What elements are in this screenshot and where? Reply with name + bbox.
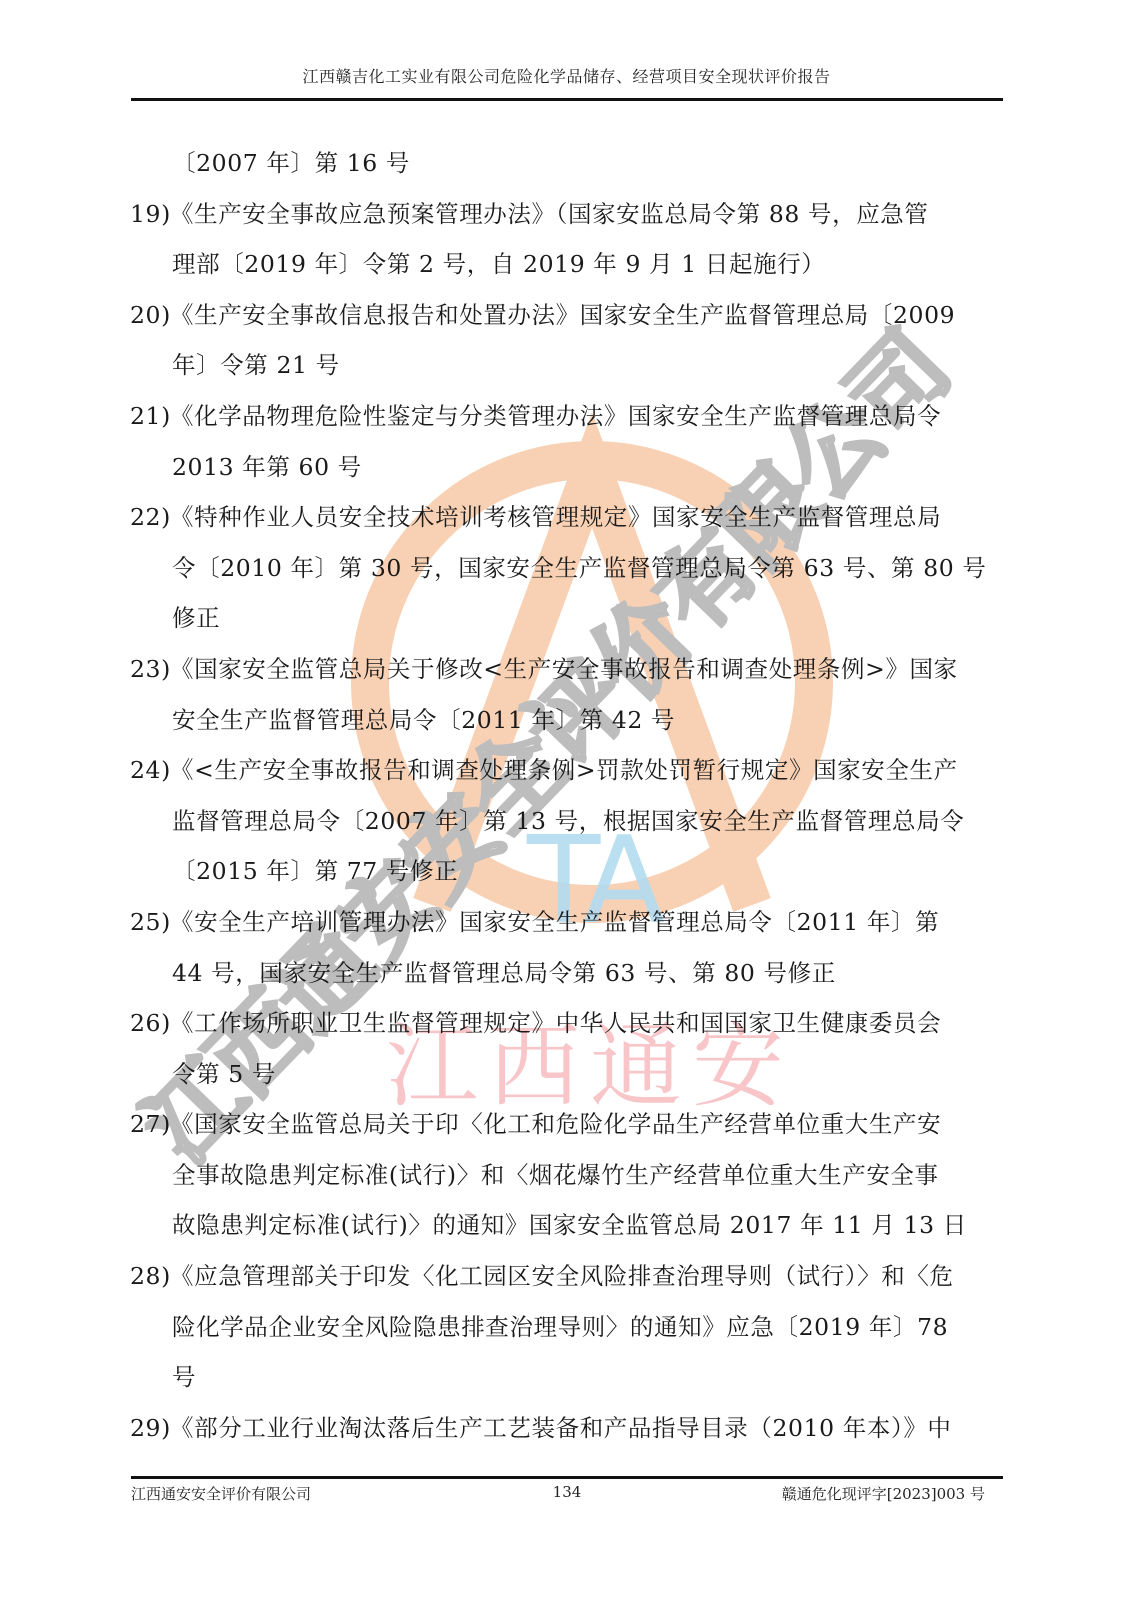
list-line: 令〔2010 年〕第 30 号，国家安全生产监督管理总局令第 63 号、第 80… (130, 543, 1010, 594)
footer-rule (131, 1476, 1003, 1479)
list-item: 20) 《生产安全事故信息报告和处置办法》国家安全生产监督管理总局〔2009 (130, 290, 1010, 341)
list-line: 44 号，国家安全生产监督管理总局令第 63 号、第 80 号修正 (130, 948, 1010, 999)
list-line: 〔2015 年〕第 77 号修正 (130, 846, 1010, 897)
list-item: 22) 《特种作业人员安全技术培训考核管理规定》国家安全生产监督管理总局 (130, 492, 1010, 543)
list-line: 号 (130, 1352, 1010, 1403)
item-text: 安全生产监督管理总局令〔2011 年〕第 42 号 (172, 695, 675, 746)
item-text: 修正 (172, 593, 220, 644)
item-number: 22) (130, 492, 171, 543)
item-text: 故隐患判定标准(试行)〉的通知》国家安全监管总局 2017 年 11 月 13 … (172, 1200, 967, 1251)
item-text: 〔2007 年〕第 16 号 (172, 138, 410, 189)
item-text: 《特种作业人员安全技术培训考核管理规定》国家安全生产监督管理总局 (170, 492, 941, 543)
item-text: 《安全生产培训管理办法》国家安全生产监督管理总局令〔2011 年〕第 (170, 897, 939, 948)
regulation-list: 〔2007 年〕第 16 号 19) 《生产安全事故应急预案管理办法》（国家安监… (130, 138, 1010, 1453)
list-item: 25) 《安全生产培训管理办法》国家安全生产监督管理总局令〔2011 年〕第 (130, 897, 1010, 948)
item-text: 号 (172, 1352, 196, 1403)
item-text: 《生产安全事故信息报告和处置办法》国家安全生产监督管理总局〔2009 (170, 290, 955, 341)
item-text: 《<生产安全事故报告和调查处理条例>罚款处罚暂行规定》国家安全生产 (170, 745, 958, 796)
item-text: 〔2015 年〕第 77 号修正 (172, 846, 458, 897)
list-line: 令第 5 号 (130, 1049, 1010, 1100)
list-line: 〔2007 年〕第 16 号 (130, 138, 1010, 189)
list-line: 修正 (130, 593, 1010, 644)
item-number: 28) (130, 1251, 171, 1302)
item-text: 《工作场所职业卫生监督管理规定》中华人民共和国国家卫生健康委员会 (170, 998, 941, 1049)
item-text: 《部分工业行业淘汰落后生产工艺装备和产品指导目录（2010 年本）》中 (170, 1403, 952, 1454)
list-item: 26) 《工作场所职业卫生监督管理规定》中华人民共和国国家卫生健康委员会 (130, 998, 1010, 1049)
item-text: 令第 5 号 (172, 1049, 276, 1100)
list-item: 19) 《生产安全事故应急预案管理办法》（国家安监总局令第 88 号，应急管 (130, 189, 1010, 240)
header-rule (131, 98, 1003, 101)
running-header-title: 江西赣吉化工实业有限公司危险化学品储存、经营项目安全现状评价报告 (130, 64, 1003, 87)
list-line: 全事故隐患判定标准(试行)〉和〈烟花爆竹生产经营单位重大生产安全事 (130, 1150, 1010, 1201)
document-number: 赣通危化现评字[2023]003 号 (782, 1483, 985, 1504)
item-text: 2013 年第 60 号 (172, 442, 362, 493)
list-line: 年〕令第 21 号 (130, 340, 1010, 391)
list-item: 21) 《化学品物理危险性鉴定与分类管理办法》国家安全生产监督管理总局令 (130, 391, 1010, 442)
item-number: 24) (130, 745, 171, 796)
item-number: 21) (130, 391, 171, 442)
list-line: 险化学品企业安全风险隐患排查治理导则〉的通知》应急〔2019 年〕78 (130, 1302, 1010, 1353)
item-text: 44 号，国家安全生产监督管理总局令第 63 号、第 80 号修正 (172, 948, 836, 999)
item-text: 全事故隐患判定标准(试行)〉和〈烟花爆竹生产经营单位重大生产安全事 (172, 1150, 939, 1201)
list-item: 29) 《部分工业行业淘汰落后生产工艺装备和产品指导目录（2010 年本）》中 (130, 1403, 1010, 1454)
item-text: 年〕令第 21 号 (172, 340, 340, 391)
list-line: 2013 年第 60 号 (130, 442, 1010, 493)
item-text: 《化学品物理危险性鉴定与分类管理办法》国家安全生产监督管理总局令 (170, 391, 941, 442)
item-number: 23) (130, 644, 171, 695)
list-item: 24) 《<生产安全事故报告和调查处理条例>罚款处罚暂行规定》国家安全生产 (130, 745, 1010, 796)
list-line: 监督管理总局令〔2007 年〕第 13 号，根据国家安全生产监督管理总局令 (130, 796, 1010, 847)
list-line: 理部〔2019 年〕令第 2 号，自 2019 年 9 月 1 日起施行） (130, 239, 1010, 290)
list-line: 故隐患判定标准(试行)〉的通知》国家安全监管总局 2017 年 11 月 13 … (130, 1200, 1010, 1251)
item-text: 《应急管理部关于印发〈化工园区安全风险排查治理导则（试行）〉和〈危 (170, 1251, 954, 1302)
item-text: 理部〔2019 年〕令第 2 号，自 2019 年 9 月 1 日起施行） (172, 239, 825, 290)
item-number: 19) (130, 189, 171, 240)
item-number: 27) (130, 1099, 171, 1150)
item-text: 监督管理总局令〔2007 年〕第 13 号，根据国家安全生产监督管理总局令 (172, 796, 964, 847)
list-item: 28) 《应急管理部关于印发〈化工园区安全风险排查治理导则（试行）〉和〈危 (130, 1251, 1010, 1302)
list-item: 27) 《国家安全监管总局关于印〈化工和危险化学品生产经营单位重大生产安 (130, 1099, 1010, 1150)
item-text: 险化学品企业安全风险隐患排查治理导则〉的通知》应急〔2019 年〕78 (172, 1302, 948, 1353)
item-text: 令〔2010 年〕第 30 号，国家安全生产监督管理总局令第 63 号、第 80… (172, 543, 987, 594)
item-text: 《国家安全监管总局关于印〈化工和危险化学品生产经营单位重大生产安 (170, 1099, 941, 1150)
item-text: 《国家安全监管总局关于修改<生产安全事故报告和调查处理条例>》国家 (170, 644, 958, 695)
page-footer: 江西通安安全评价有限公司 134 赣通危化现评字[2023]003 号 (131, 1483, 1003, 1505)
item-number: 25) (130, 897, 171, 948)
item-number: 26) (130, 998, 171, 1049)
item-number: 29) (130, 1403, 171, 1454)
list-item: 23) 《国家安全监管总局关于修改<生产安全事故报告和调查处理条例>》国家 (130, 644, 1010, 695)
item-number: 20) (130, 290, 171, 341)
list-line: 安全生产监督管理总局令〔2011 年〕第 42 号 (130, 695, 1010, 746)
item-text: 《生产安全事故应急预案管理办法》（国家安监总局令第 88 号，应急管 (170, 189, 929, 240)
